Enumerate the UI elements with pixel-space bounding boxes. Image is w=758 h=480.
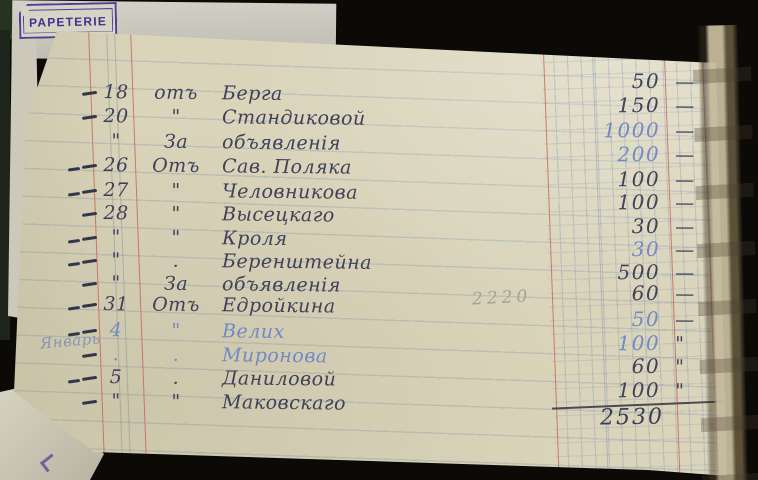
date-cell: . xyxy=(96,343,136,365)
prep-cell: За xyxy=(144,272,208,295)
amount-cell: 150 xyxy=(550,94,660,117)
amount-cell: 30 xyxy=(550,238,660,261)
tick-mark xyxy=(68,192,80,196)
name-cell: Кроля xyxy=(222,227,288,250)
tick-mark xyxy=(82,164,97,169)
prep-cell: Отъ xyxy=(144,154,208,177)
date-cell: 26 xyxy=(96,154,136,176)
name-cell: Едройкина xyxy=(222,294,336,317)
prep-cell: " xyxy=(144,319,208,342)
amount-cell: 100 xyxy=(550,379,660,402)
tick-mark xyxy=(82,376,97,381)
name-cell: Беренштейна xyxy=(222,250,372,274)
date-cell: " xyxy=(96,249,136,271)
amount-cell: 50 xyxy=(550,70,660,93)
date-cell: " xyxy=(96,390,136,412)
tick-mark xyxy=(82,353,97,358)
amount-cell: 50 xyxy=(550,308,660,331)
amount-cell: 30 xyxy=(550,215,660,238)
date-cell: " xyxy=(96,226,136,248)
prep-cell: " xyxy=(144,226,208,249)
prep-cell: . xyxy=(144,343,208,366)
prep-cell: Отъ xyxy=(144,293,208,316)
tick-mark xyxy=(82,236,97,241)
amount-cell: 1000 xyxy=(550,119,660,142)
date-cell: " xyxy=(96,272,136,294)
name-cell: Сав. Поляка xyxy=(222,155,352,178)
name-cell: Миронова xyxy=(222,344,328,367)
date-cell: 27 xyxy=(96,179,136,201)
amount-cell: 200 xyxy=(550,143,660,166)
date-cell: 31 xyxy=(96,293,136,315)
tick-mark xyxy=(82,259,97,264)
tick-mark xyxy=(82,303,97,308)
tick-mark xyxy=(82,400,97,405)
pencil-subtotal: 2220 xyxy=(472,286,532,309)
prep-cell: " xyxy=(144,179,208,202)
papeterie-stamp-label: PAPETERIE xyxy=(29,14,107,30)
amount-cell: 100 xyxy=(550,191,660,214)
amount-cell: 100 xyxy=(550,332,660,355)
total-value: 2530 xyxy=(600,404,664,430)
date-cell: 28 xyxy=(96,202,136,224)
tick-mark xyxy=(68,167,80,171)
date-cell: 20 xyxy=(96,105,136,127)
name-cell: Маковскаго xyxy=(222,391,346,414)
tick-mark xyxy=(68,239,80,243)
name-cell: Человникова xyxy=(222,180,358,203)
date-cell: 5 xyxy=(96,366,136,388)
tick-mark xyxy=(82,212,97,217)
prep-cell: " xyxy=(144,390,208,413)
date-cell: 18 xyxy=(96,81,136,103)
name-cell: Берга xyxy=(222,82,283,105)
tick-mark xyxy=(82,282,97,287)
name-cell: объявленія xyxy=(222,273,341,296)
tick-mark xyxy=(82,91,97,96)
tick-mark xyxy=(68,262,80,266)
name-cell: Велих xyxy=(222,320,285,343)
prep-cell: . xyxy=(144,366,208,389)
prep-cell: . xyxy=(144,249,208,272)
date-cell: 4 xyxy=(96,319,136,341)
name-cell: объявленія xyxy=(222,131,341,154)
ledger-page: 18 отъ Берга 50 — 20 " Стандиковой 150 —… xyxy=(0,0,758,480)
amount-cell: 60 xyxy=(550,282,660,305)
date-cell: " xyxy=(96,130,136,152)
prep-cell: " xyxy=(144,202,208,225)
prep-cell: За xyxy=(144,130,208,153)
prep-cell: " xyxy=(144,105,208,128)
amount-cell: 100 xyxy=(550,168,660,191)
name-cell: Стандиковой xyxy=(222,106,366,130)
tick-mark xyxy=(82,189,97,194)
tick-mark xyxy=(68,306,80,310)
papeterie-stamp-border: PAPETERIE xyxy=(23,8,113,34)
prep-cell: отъ xyxy=(144,81,208,104)
amount-cell: 60 xyxy=(550,355,660,378)
tick-mark xyxy=(68,379,80,383)
tick-mark xyxy=(82,115,97,120)
scanned-ledger-page: PAPETERIE 18 отъ Берга 50 — 20 " Стандик… xyxy=(0,0,758,480)
name-cell: Высецкаго xyxy=(222,203,335,226)
name-cell: Даниловой xyxy=(222,367,337,390)
crumpled-page-edge xyxy=(692,25,758,480)
